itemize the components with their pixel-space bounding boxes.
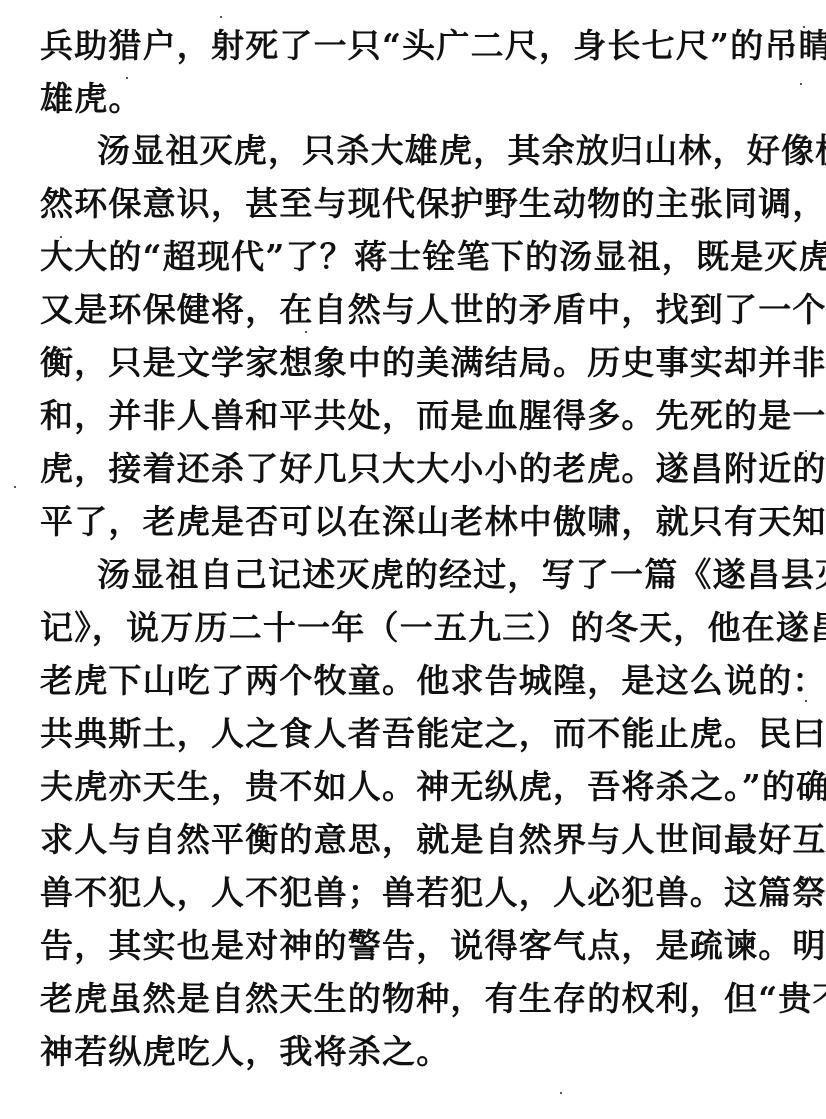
scan-speck: [14, 486, 16, 488]
text-line-1: 兵助猎户，射死了一只“头广二尺，身长七尺”的吊睛白额大: [40, 26, 826, 66]
text-line-10: 平了，老虎是否可以在深山老林中傲啸，就只有天知道了。: [40, 502, 826, 542]
text-line-11: 汤显祖自己记述灭虎的经过，写了一篇《遂昌县灭虎祠: [97, 555, 826, 595]
scan-speck: [305, 331, 307, 333]
text-line-2: 雄虎。: [40, 79, 143, 119]
scan-speck: [220, 16, 222, 18]
text-line-3: 汤显祖灭虎，只杀大雄虎，其余放归山林，好像极具自: [97, 131, 826, 171]
scan-speck: [803, 26, 805, 28]
text-line-18: 告，其实也是对神的警告，说得客气点，是疏谏。明确表示，: [40, 926, 826, 966]
text-line-16: 求人与自然平衡的意思，就是自然界与人世间最好互不侵犯。: [40, 820, 826, 860]
text-line-9: 虎，接着还杀了好几只大大小小的老虎。遂昌附近的虎患是: [40, 449, 826, 489]
text-line-4: 然环保意识，甚至与现代保护野生动物的主张同调，岂不是: [40, 184, 826, 224]
scan-speck: [805, 700, 807, 702]
text-line-5: 大大的“超现代”了？蒋士铨笔下的汤显祖，既是灭虎英雄，: [40, 237, 826, 277]
scan-speck: [340, 990, 342, 992]
scan-speck: [800, 83, 802, 85]
text-line-13: 老虎下山吃了两个牧童。他求告城隍，是这么说的：“吾与神: [40, 661, 826, 701]
text-line-8: 和，并非人兽和平共处，而是血腥得多。先死的是一只大雄: [40, 396, 826, 436]
scan-speck: [60, 236, 62, 238]
text-line-15: 夫虎亦天生，贵不如人。神无纵虎，吾将杀之。”的确有点寻: [40, 767, 826, 807]
text-line-17: 兽不犯人，人不犯兽；兽若犯人，人必犯兽。这篇祭神的文: [40, 873, 826, 913]
scanned-book-page: 兵助猎户，射死了一只“头广二尺，身长七尺”的吊睛白额大 雄虎。 汤显祖灭虎，只杀…: [0, 0, 826, 1119]
scan-speck: [760, 508, 762, 510]
text-line-14: 共典斯土，人之食人者吾能定之，而不能止虎。民曰有神。: [40, 714, 826, 754]
text-line-19: 老虎虽然是自然天生的物种，有生存的权利，但“贵不如人”，: [40, 979, 826, 1019]
text-line-7: 衡，只是文学家想象中的美满结局。历史事实却并非如此祥: [40, 343, 826, 383]
text-line-6: 又是环保健将，在自然与人世的矛盾中，找到了一个圆满的平: [40, 290, 826, 330]
scan-speck: [560, 1092, 562, 1094]
text-line-20: 神若纵虎吃人，我将杀之。: [40, 1032, 450, 1072]
scan-speck: [126, 77, 128, 79]
text-line-12: 记》，说万历二十一年（一五九三）的冬天，他在遂昌任上，: [40, 608, 826, 648]
scan-speck: [805, 450, 807, 452]
